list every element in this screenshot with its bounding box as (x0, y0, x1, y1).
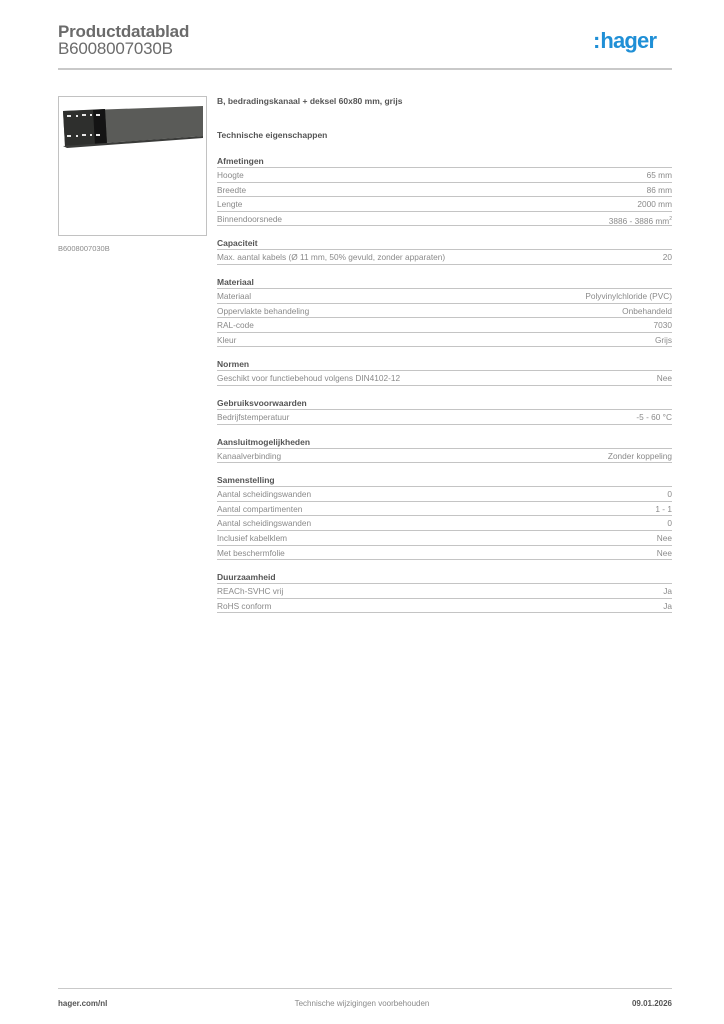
spec-row: RoHS conformJa (217, 599, 672, 614)
spec-value: Nee (657, 546, 672, 560)
spec-row: Oppervlakte behandelingOnbehandeld (217, 304, 672, 319)
footer-date: 09.01.2026 (632, 999, 672, 1008)
spec-value-text: 1 - 1 (655, 504, 672, 514)
spec-label: Aantal compartimenten (217, 502, 302, 516)
footer-disclaimer: Technische wijzigingen voorbehouden (0, 999, 724, 1008)
section-title: Materiaal (217, 276, 672, 289)
spec-row: Bedrijfstemperatuur-5 - 60 °C (217, 410, 672, 425)
spec-value: Grijs (655, 333, 672, 347)
spec-value: 1 - 1 (655, 502, 672, 516)
spec-row: Binnendoorsnede3886 - 3886 mm2 (217, 212, 672, 227)
cable-duct-illustration (63, 106, 203, 148)
spec-value-text: Nee (657, 548, 672, 558)
spec-row: Met beschermfolieNee (217, 546, 672, 561)
spec-section: GebruiksvoorwaardenBedrijfstemperatuur-5… (217, 397, 672, 425)
spec-value: Zonder koppeling (608, 449, 672, 463)
spec-value-text: 86 mm (647, 185, 672, 195)
spec-row: Aantal scheidingswanden0 (217, 516, 672, 531)
header-divider (58, 68, 672, 70)
spec-row: REACh-SVHC vrijJa (217, 584, 672, 599)
section-title: Normen (217, 358, 672, 371)
spec-value: Ja (663, 584, 672, 598)
spec-row: Aantal compartimenten1 - 1 (217, 502, 672, 517)
section-title: Gebruiksvoorwaarden (217, 397, 672, 410)
spec-value-text: Grijs (655, 335, 672, 345)
spec-value-text: 0 (667, 518, 672, 528)
spec-value: Onbehandeld (622, 304, 672, 318)
spec-label: Bedrijfstemperatuur (217, 410, 289, 424)
product-image (58, 96, 207, 236)
spec-value: Polyvinylchloride (PVC) (585, 289, 672, 303)
spec-value-text: Ja (663, 601, 672, 611)
product-description: B, bedradingskanaal + deksel 60x80 mm, g… (217, 96, 672, 110)
spec-value: 7030 (654, 318, 672, 332)
spec-row: RAL-code7030 (217, 318, 672, 333)
footer-divider (58, 988, 672, 989)
spec-label: Inclusief kabelklem (217, 531, 287, 545)
spec-value-text: 0 (667, 489, 672, 499)
spec-value-text: 2000 mm (637, 199, 672, 209)
spec-value: 3886 - 3886 mm2 (609, 212, 672, 226)
spec-value-text: 7030 (654, 320, 672, 330)
spec-row: KleurGrijs (217, 333, 672, 348)
spec-label: REACh-SVHC vrij (217, 584, 283, 598)
spec-label: Met beschermfolie (217, 546, 285, 560)
spec-value-text: Zonder koppeling (608, 451, 672, 461)
spec-section: AfmetingenHoogte65 mmBreedte86 mmLengte2… (217, 155, 672, 226)
spec-value: Ja (663, 599, 672, 613)
section-title: Aansluitmogelijkheden (217, 436, 672, 449)
spec-row: Breedte86 mm (217, 183, 672, 198)
spec-label: Hoogte (217, 168, 244, 182)
spec-value-text: Nee (657, 373, 672, 383)
spec-value: 86 mm (647, 183, 672, 197)
spec-label: Geschikt voor functiebehoud volgens DIN4… (217, 371, 400, 385)
spec-label: Kleur (217, 333, 236, 347)
spec-value-text: Onbehandeld (622, 306, 672, 316)
spec-label: Aantal scheidingswanden (217, 516, 311, 530)
spec-label: Breedte (217, 183, 246, 197)
spec-value: 0 (667, 516, 672, 530)
hager-logo: :hager (593, 28, 656, 54)
spec-row: Lengte2000 mm (217, 197, 672, 212)
spec-sections: AfmetingenHoogte65 mmBreedte86 mmLengte2… (217, 155, 672, 613)
spec-value-superscript: 2 (669, 216, 672, 222)
section-title: Capaciteit (217, 237, 672, 250)
spec-value: 20 (663, 250, 672, 264)
spec-label: Max. aantal kabels (Ø 11 mm, 50% gevuld,… (217, 250, 445, 264)
spec-label: RoHS conform (217, 599, 271, 613)
spec-label: Oppervlakte behandeling (217, 304, 309, 318)
spec-row: Aantal scheidingswanden0 (217, 487, 672, 502)
spec-value: 2000 mm (637, 197, 672, 211)
spec-label: RAL-code (217, 318, 254, 332)
section-title: Afmetingen (217, 155, 672, 168)
spec-section: AansluitmogelijkhedenKanaalverbindingZon… (217, 436, 672, 464)
spec-value-text: 20 (663, 252, 672, 262)
spec-value-text: -5 - 60 °C (636, 412, 672, 422)
spec-row: Hoogte65 mm (217, 168, 672, 183)
spec-content: B, bedradingskanaal + deksel 60x80 mm, g… (217, 96, 672, 613)
logo-text: hager (600, 28, 656, 53)
spec-row: Inclusief kabelklemNee (217, 531, 672, 546)
spec-value-text: Ja (663, 586, 672, 596)
spec-section: SamenstellingAantal scheidingswanden0Aan… (217, 474, 672, 560)
spec-value-text: Nee (657, 533, 672, 543)
spec-value: 0 (667, 487, 672, 501)
spec-section: DuurzaamheidREACh-SVHC vrijJaRoHS confor… (217, 571, 672, 613)
spec-row: Max. aantal kabels (Ø 11 mm, 50% gevuld,… (217, 250, 672, 265)
spec-row: KanaalverbindingZonder koppeling (217, 449, 672, 464)
spec-label: Binnendoorsnede (217, 212, 282, 226)
spec-row: MateriaalPolyvinylchloride (PVC) (217, 289, 672, 304)
spec-section: CapaciteitMax. aantal kabels (Ø 11 mm, 5… (217, 237, 672, 265)
spec-row: Geschikt voor functiebehoud volgens DIN4… (217, 371, 672, 386)
spec-value: Nee (657, 531, 672, 545)
spec-value-text: 65 mm (647, 170, 672, 180)
section-title: Samenstelling (217, 474, 672, 487)
section-title: Duurzaamheid (217, 571, 672, 584)
spec-value: -5 - 60 °C (636, 410, 672, 424)
image-caption: B6008007030B (58, 244, 110, 253)
spec-value: 65 mm (647, 168, 672, 182)
spec-value-text: 3886 - 3886 mm (609, 216, 669, 226)
spec-section: MateriaalMateriaalPolyvinylchloride (PVC… (217, 276, 672, 347)
spec-section: NormenGeschikt voor functiebehoud volgen… (217, 358, 672, 386)
product-code: B6008007030B (58, 39, 173, 59)
spec-value: Nee (657, 371, 672, 385)
spec-label: Aantal scheidingswanden (217, 487, 311, 501)
spec-value-text: Polyvinylchloride (PVC) (585, 291, 672, 301)
spec-label: Materiaal (217, 289, 251, 303)
spec-label: Kanaalverbinding (217, 449, 281, 463)
spec-label: Lengte (217, 197, 242, 211)
spec-heading: Technische eigenschappen (217, 130, 672, 144)
